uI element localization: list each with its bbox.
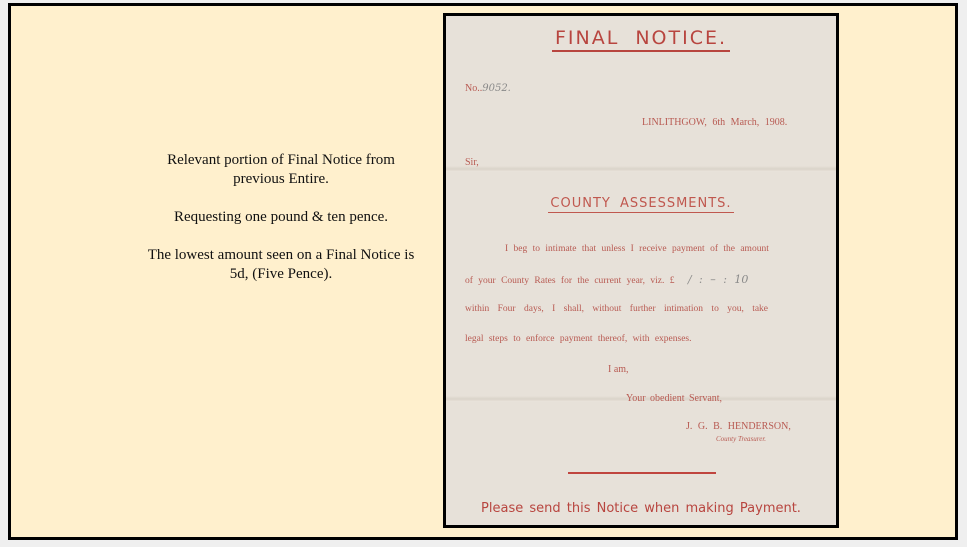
caption-line-lowest: The lowest amount seen on a Final Notice… [141, 246, 421, 284]
notice-number-value: 9052. [482, 83, 511, 94]
notice-number-label: No.. [465, 83, 482, 94]
footer-instruction: Please send this Notice when making Paym… [446, 501, 836, 516]
notice-title: FINAL NOTICE. [446, 27, 836, 52]
caption-line-context: Relevant portion of Final Notice from pr… [141, 151, 421, 189]
closing-i-am: I am, [608, 364, 629, 375]
body-line-3: within Four days, I shall, without furth… [465, 304, 825, 314]
caption-text-block: Relevant portion of Final Notice from pr… [141, 151, 421, 303]
final-notice-document-image: FINAL NOTICE. No..9052. LINLITHGOW, 6th … [443, 13, 839, 528]
section-title: COUNTY ASSESSMENTS. [446, 196, 836, 213]
signatory-title: County Treasurer. [716, 435, 766, 443]
paper-fold-crease [446, 166, 836, 172]
amount-handwritten: / : – : 10 [688, 273, 749, 286]
signatory-name: J. G. B. HENDERSON, [686, 421, 791, 432]
salutation: Sir, [465, 157, 479, 168]
body-line-1: I beg to intimate that unless I receive … [505, 244, 825, 254]
closing-servant: Your obedient Servant, [626, 393, 722, 404]
body-line-2: of your County Rates for the current yea… [465, 273, 825, 286]
caption-line-amount: Requesting one pound & ten pence. [141, 208, 421, 227]
body-line-2-text: of your County Rates for the current yea… [465, 276, 674, 286]
slide-panel: Relevant portion of Final Notice from pr… [8, 3, 958, 540]
body-line-4: legal steps to enforce payment thereof, … [465, 334, 825, 344]
divider-rule [568, 472, 716, 474]
notice-number: No..9052. [465, 78, 511, 96]
place-date: LINLITHGOW, 6th March, 1908. [642, 117, 787, 128]
